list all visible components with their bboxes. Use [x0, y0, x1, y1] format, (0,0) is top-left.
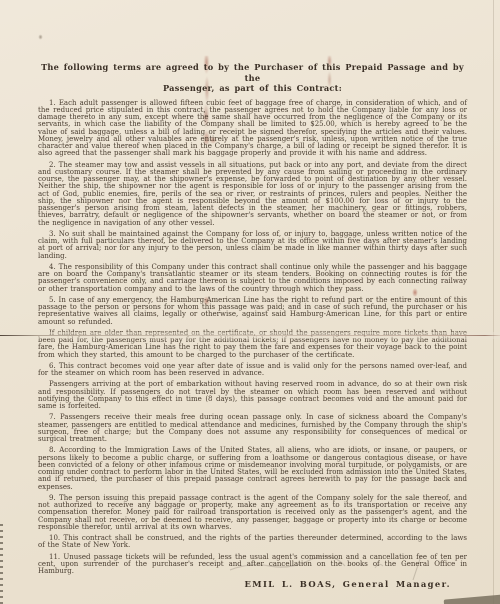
- signature-general-manager: EMIL L. BOAS, General Manager.: [38, 579, 467, 589]
- contract-clause-6-continued: Passengers arriving at the port of embar…: [38, 381, 467, 410]
- contract-clause-1: 1. Each adult passenger is allowed fifte…: [38, 100, 467, 158]
- contract-clause-2: 2. The steamer may tow and assist vessel…: [38, 162, 467, 227]
- edge-perforation-marks: [0, 524, 3, 604]
- contract-clause-4: 4. The responsibility of this Company un…: [38, 264, 467, 293]
- contract-clause-6: 6. This contract becomes void one year a…: [38, 363, 467, 378]
- creased-clause-wrap: If children are older than represented o…: [38, 330, 467, 359]
- page-edge-line: [493, 0, 494, 604]
- contract-clause-11: 11. Unused passage tickets will be refun…: [38, 554, 467, 576]
- fold-crease-line: [0, 332, 500, 339]
- contract-clause-3: 3. No suit shall be maintained against t…: [38, 231, 467, 260]
- heading-line-1: The following terms are agreed to by the…: [38, 62, 467, 83]
- contract-clause-9: 9. The person issuing this prepaid passa…: [38, 495, 467, 531]
- contract-heading: The following terms are agreed to by the…: [38, 62, 467, 94]
- heading-line-2: Passenger, as part of this Contract:: [38, 83, 467, 94]
- contract-clause-8: 8. According to the Immigration Laws of …: [38, 447, 467, 491]
- contract-text-block: The following terms are agreed to by the…: [38, 62, 467, 589]
- contract-clause-10: 10. This contract shall be construed, an…: [38, 535, 467, 550]
- paper-speck: [38, 34, 43, 40]
- scan-corner-shadow: [444, 594, 500, 604]
- contract-clause-5: 5. In case of any emergency, the Hamburg…: [38, 297, 467, 326]
- contract-terms-page: The following terms are agreed to by the…: [0, 0, 500, 604]
- contract-clause-7: 7. Passengers receive their meals free d…: [38, 414, 467, 443]
